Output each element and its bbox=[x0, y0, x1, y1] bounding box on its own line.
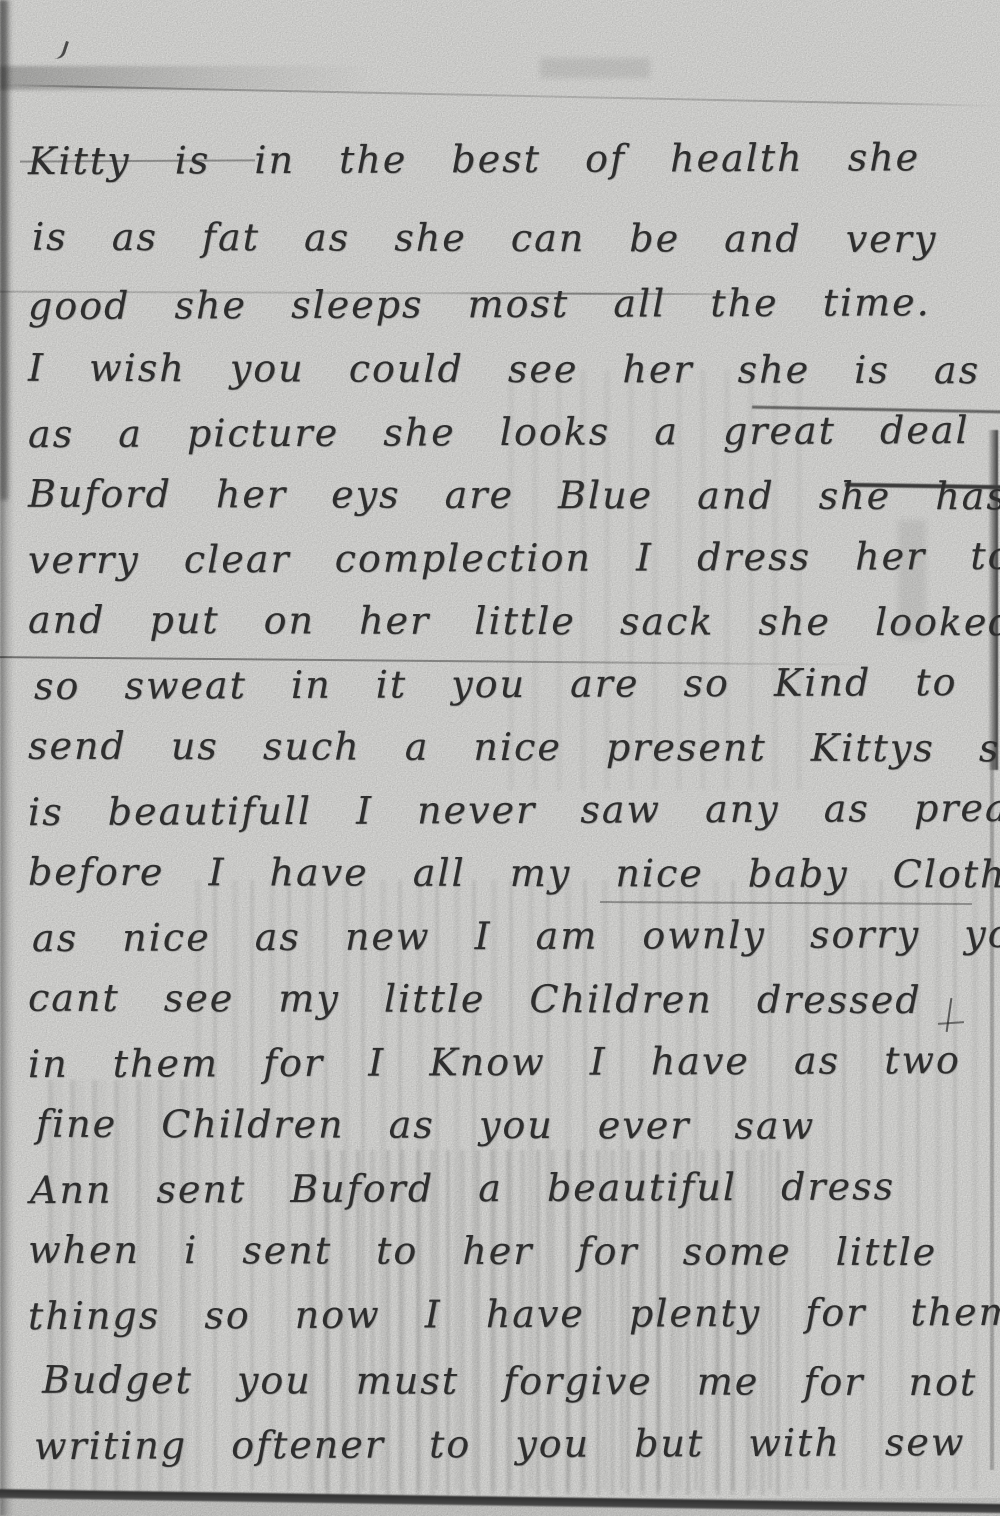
page-left-edge bbox=[0, 0, 14, 1516]
letter-line: as a picture she looks a great deal like bbox=[28, 399, 1000, 466]
below-fold-shading bbox=[0, 1498, 1000, 1516]
letter-body: Kitty is in the best of health she is as… bbox=[28, 128, 1000, 1476]
letter-line: in them for I Know I have as two bbox=[28, 1029, 1000, 1096]
letter-line: send us such a nice present Kittys sack bbox=[28, 715, 1000, 781]
stray-comma-mark bbox=[54, 39, 69, 61]
faint-ruled-line-top bbox=[0, 84, 1000, 107]
letter-line: so sweat in it you are so Kind to bbox=[34, 651, 1000, 718]
letter-line: cant see my little Children dressed bbox=[28, 967, 1000, 1033]
top-smudge bbox=[0, 66, 370, 90]
letter-line: as nice as new I am ownly sorry you bbox=[32, 903, 1000, 970]
letter-line: Kitty is in the best of health she bbox=[28, 126, 1000, 193]
letter-line: I wish you could see her she is as preat… bbox=[28, 337, 1000, 403]
letter-page: Kitty is in the best of health she is as… bbox=[0, 0, 1000, 1516]
letter-line: good she sleeps most all the time. bbox=[28, 271, 1000, 338]
letter-line: Buford her eys are Blue and she has a bbox=[28, 463, 1000, 529]
letter-line: is as fat as she can be and very bbox=[32, 206, 1000, 272]
letter-line: things so now I have plenty for them bbox=[28, 1281, 1000, 1348]
bottom-fold-crease bbox=[0, 1489, 1000, 1513]
top-smudge-secondary bbox=[540, 58, 650, 78]
letter-line: before I have all my nice baby Clothes bbox=[28, 841, 1000, 907]
letter-line: verry clear complection I dress her to d… bbox=[28, 525, 1000, 592]
letter-line: writing oftener to you but with sew bbox=[34, 1411, 1000, 1478]
page-left-edge-dark bbox=[0, 0, 8, 500]
letter-line: and put on her little sack she looked bbox=[28, 589, 1000, 655]
letter-line: is beautifull I never saw any as preaty bbox=[28, 777, 1000, 844]
letter-line: when i sent to her for some little bbox=[28, 1219, 1000, 1285]
letter-line: fine Children as you ever saw bbox=[36, 1093, 1000, 1159]
letter-line: Ann sent Buford a beautiful dress bbox=[30, 1155, 1000, 1222]
letter-line: Budget you must forgive me for not bbox=[42, 1349, 1000, 1415]
